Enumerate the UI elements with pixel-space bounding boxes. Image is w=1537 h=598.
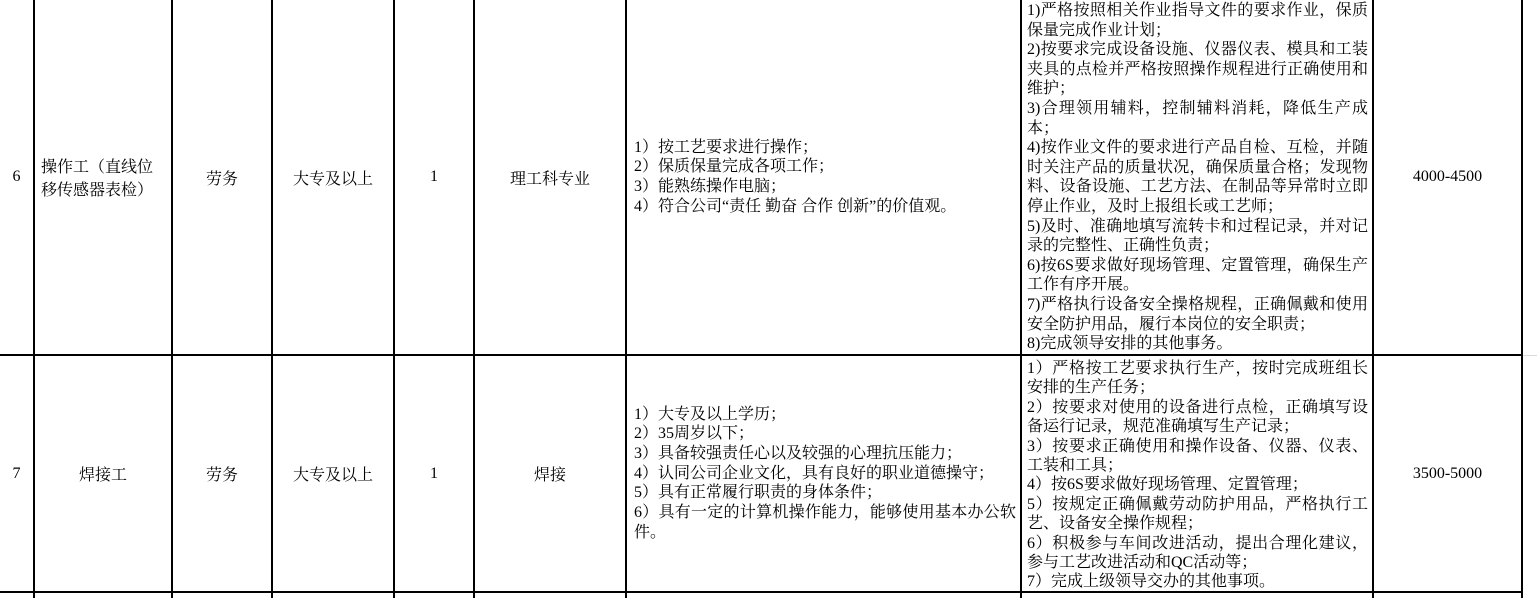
next-row-stub-cell [627,593,1022,598]
outside-gridline [1523,355,1537,356]
cell-duties: 1）严格按工艺要求执行生产，按时完成班组长安排的生产任务； 2）按要求对使用的设… [1022,356,1374,593]
cell-position: 操作工（直线位移传感器表检） [35,0,173,356]
cell-major: 焊接 [475,356,627,593]
next-row-stub-cell [0,593,35,598]
cell-position: 焊接工 [35,356,173,593]
next-row-stub-cell [35,593,173,598]
job-table: 6 操作工（直线位移传感器表检） 劳务 大专及以上 1 理工科专业 1）按工艺要… [0,0,1523,598]
next-row-stub-cell [395,593,475,598]
next-row-stub-cell [173,593,273,598]
cell-employment-type: 劳务 [173,0,273,356]
job-listing-sheet: 6 操作工（直线位移传感器表检） 劳务 大专及以上 1 理工科专业 1）按工艺要… [0,0,1537,598]
cell-requirements: 1）按工艺要求进行操作； 2）保质保量完成各项工作； 3）能熟练操作电脑； 4）… [627,0,1022,356]
cell-requirements: 1）大专及以上学历； 2）35周岁以下； 3）具备较强责任心以及较强的心理抗压能… [627,356,1022,593]
cell-salary: 3500-5000 [1374,356,1523,593]
cell-headcount: 1 [395,0,475,356]
next-row-stub-cell [1374,593,1523,598]
next-row-stub-cell [1022,593,1374,598]
next-row-stub-cell [475,593,627,598]
next-row-stub-cell [273,593,395,598]
cell-education: 大专及以上 [273,0,395,356]
cell-seq: 6 [0,0,35,356]
cell-education: 大专及以上 [273,356,395,593]
cell-duties: 1)严格按照相关作业指导文件的要求作业，保质保量完成作业计划； 2)按要求完成设… [1022,0,1374,356]
sheet-right-margin [1523,0,1537,598]
cell-seq: 7 [0,356,35,593]
cell-headcount: 1 [395,356,475,593]
cell-employment-type: 劳务 [173,356,273,593]
cell-salary: 4000-4500 [1374,0,1523,356]
cell-major: 理工科专业 [475,0,627,356]
